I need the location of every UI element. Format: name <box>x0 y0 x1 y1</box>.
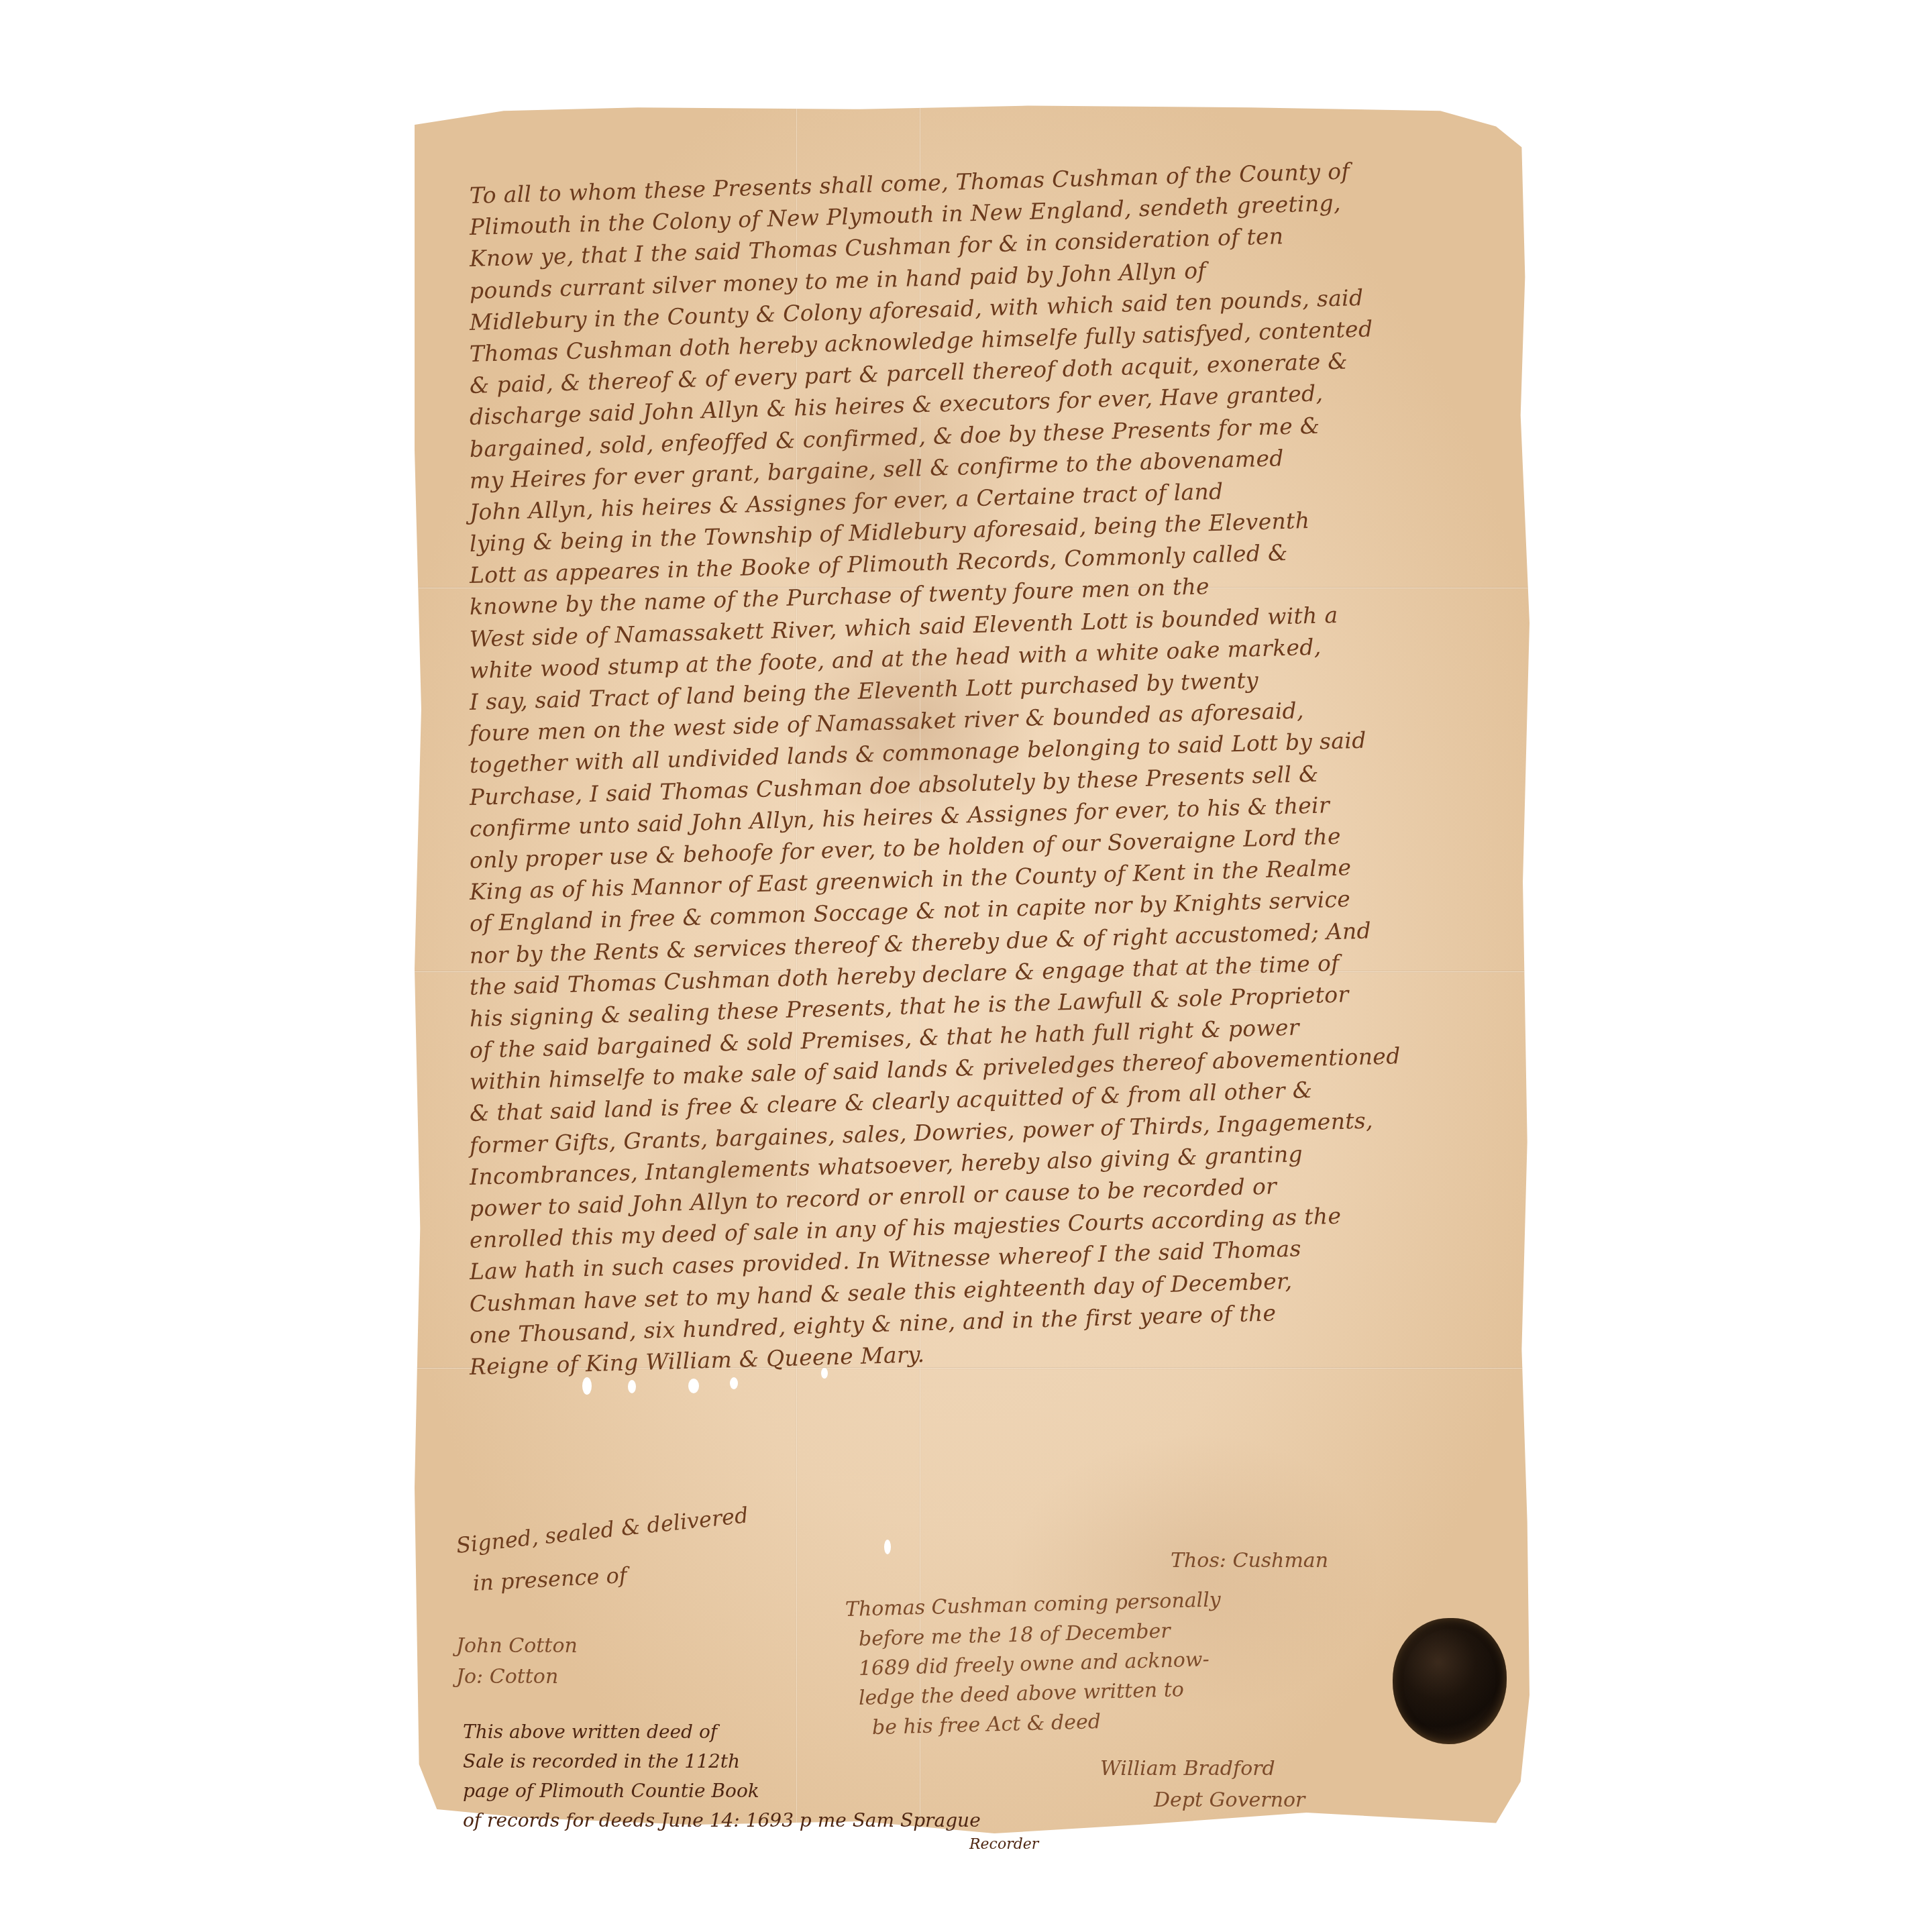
paper-hole <box>884 1540 891 1554</box>
witness-signature-jo-cotton: Jo: Cotton <box>456 1662 558 1692</box>
witness-signature-john-cotton: John Cotton <box>456 1631 578 1661</box>
recording-note-line: This above written deed of <box>463 1717 717 1747</box>
wax-seal <box>1393 1618 1507 1744</box>
recording-note-line: page of Plimouth Countie Book <box>463 1776 759 1806</box>
deed-body-text: To all to whom these Presents shall come… <box>470 180 1516 1383</box>
acknowledgment-line: be his free Act & deed <box>871 1707 1101 1743</box>
governor-signature: William Bradford <box>1100 1754 1275 1784</box>
governor-title: Dept Governor <box>1154 1786 1305 1815</box>
recorder-title: Recorder <box>969 1830 1038 1860</box>
grantor-signature: Thos: Cushman <box>1171 1546 1328 1576</box>
recording-note-line: Sale is recorded in the 112th <box>463 1747 740 1776</box>
recording-note-line: of records for deeds June 14: 1693 p me … <box>463 1806 981 1835</box>
